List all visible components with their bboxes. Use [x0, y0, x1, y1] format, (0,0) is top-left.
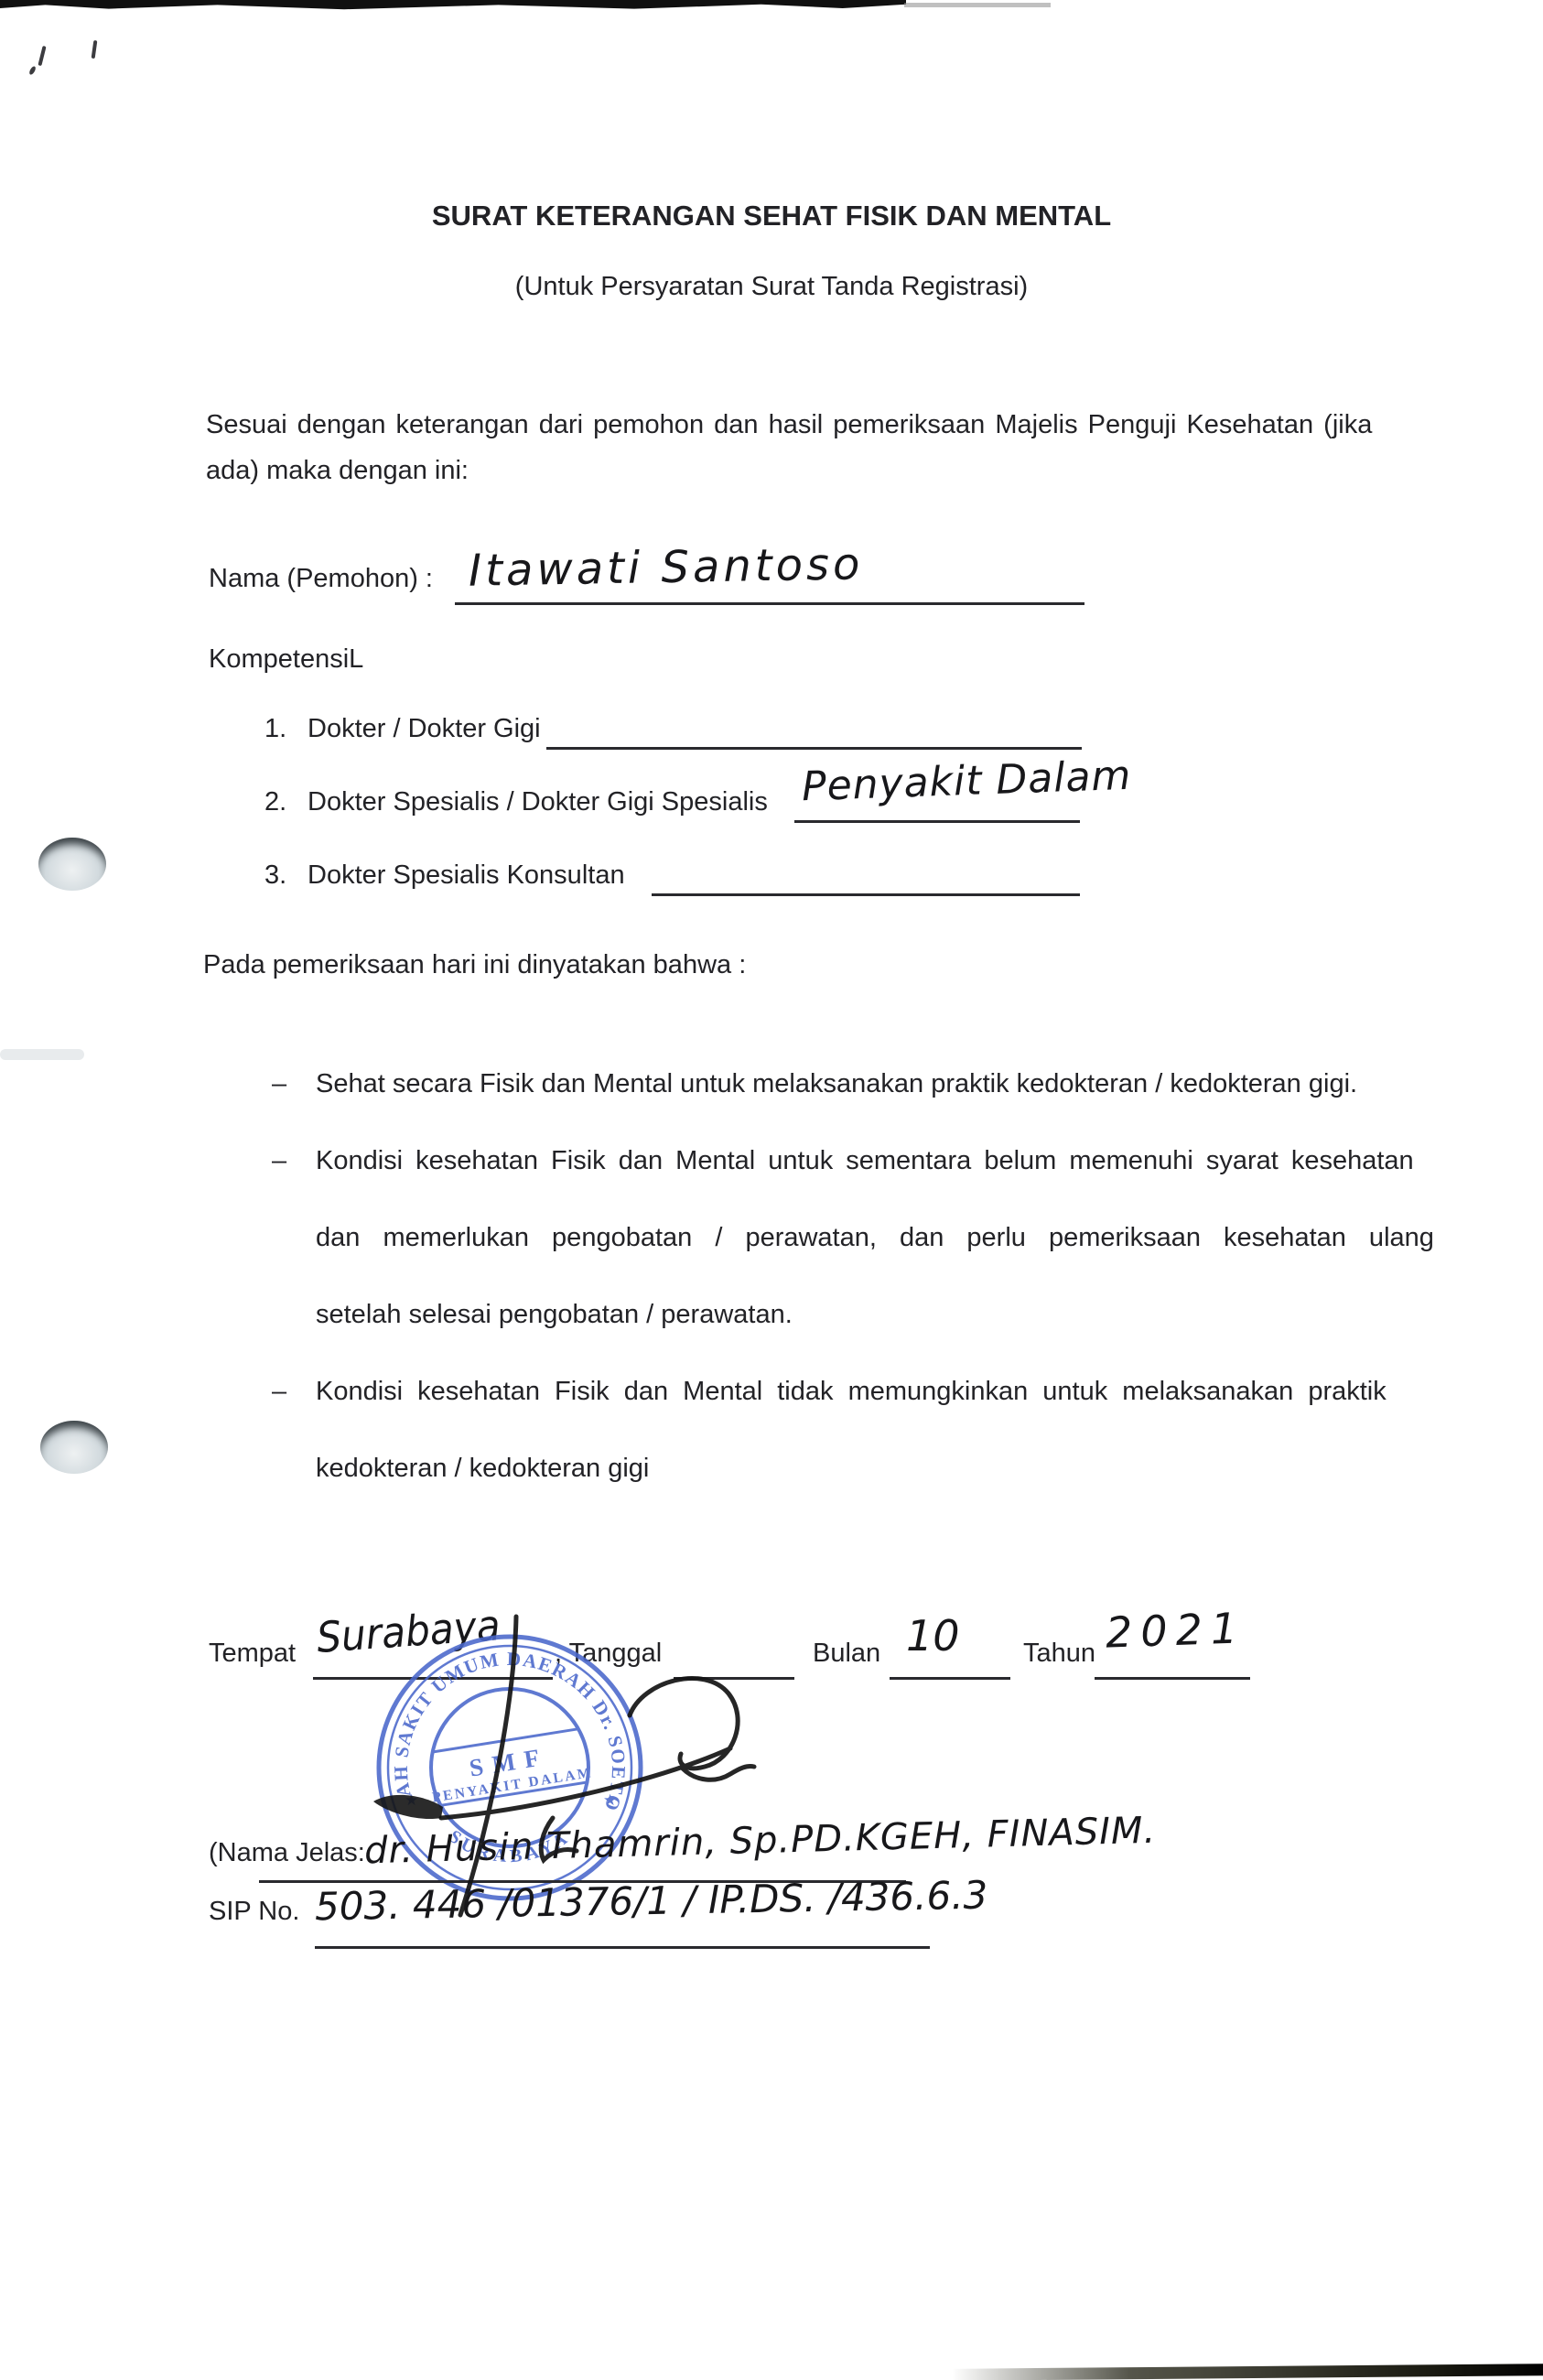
signature	[320, 1593, 833, 2032]
ink-mark	[38, 46, 46, 66]
scan-smudge	[0, 1049, 84, 1060]
option-line: Kondisi kesehatan Fisik dan Mental untuk…	[316, 1146, 1414, 1176]
item-label: Dokter Spesialis / Dokter Gigi Spesialis	[308, 787, 768, 817]
hole-punch	[40, 1421, 108, 1474]
hole-punch	[38, 838, 106, 891]
option-line: dan memerlukan pengobatan / perawatan, d…	[316, 1223, 1434, 1253]
statement-intro: Pada pemeriksaan hari ini dinyatakan bah…	[203, 950, 746, 980]
intro-line: ada) maka dengan ini:	[206, 456, 469, 486]
ink-mark	[28, 65, 37, 75]
item-underline	[794, 820, 1080, 823]
name-underline	[455, 602, 1084, 605]
tahun-handwritten-value: 2021	[1105, 1603, 1246, 1657]
sip-label: SIP No.	[209, 1897, 299, 1927]
scan-artifact-bottom-strip	[952, 2364, 1543, 2380]
option-line: kedokteran / kedokteran gigi	[316, 1454, 649, 1484]
item-number: 2.	[264, 787, 286, 817]
item-underline	[652, 893, 1080, 896]
item-label: Dokter / Dokter Gigi	[308, 714, 541, 744]
option-line: setelah selesai pengobatan / perawatan.	[316, 1300, 793, 1330]
intro-line: Sesuai dengan keterangan dari pemohon da…	[206, 410, 1372, 440]
kompetensi-label: KompetensiL	[209, 644, 363, 675]
item-underline	[546, 747, 1082, 750]
name-handwritten-value: Itawati Santoso	[469, 538, 864, 597]
bulan-handwritten-value: 10	[906, 1611, 960, 1661]
bulan-underline	[890, 1677, 1010, 1680]
ink-mark	[92, 40, 98, 59]
item-handwritten-value: Penyakit Dalam	[801, 752, 1132, 811]
item-number: 3.	[264, 860, 286, 891]
document-subtitle: (Untuk Persyaratan Surat Tanda Registras…	[515, 272, 1028, 302]
document-title: SURAT KETERANGAN SEHAT FISIK DAN MENTAL	[432, 200, 1111, 233]
option-line: Kondisi kesehatan Fisik dan Mental tidak…	[316, 1377, 1387, 1407]
option-dash: –	[272, 1146, 286, 1176]
scanned-document-page: SURAT KETERANGAN SEHAT FISIK DAN MENTAL …	[0, 0, 1543, 2380]
name-label: Nama (Pemohon) :	[209, 564, 433, 594]
item-number: 1.	[264, 714, 286, 744]
tahun-underline	[1095, 1677, 1250, 1680]
option-dash: –	[272, 1377, 286, 1407]
scan-artifact-top-strip-tail	[904, 3, 1051, 7]
item-label: Dokter Spesialis Konsultan	[308, 860, 625, 891]
option-dash: –	[272, 1069, 286, 1099]
tahun-label: Tahun	[1023, 1639, 1095, 1669]
option-line: Sehat secara Fisik dan Mental untuk mela…	[316, 1069, 1357, 1099]
tempat-label: Tempat	[209, 1639, 296, 1669]
scan-artifact-top-strip	[0, 0, 906, 11]
